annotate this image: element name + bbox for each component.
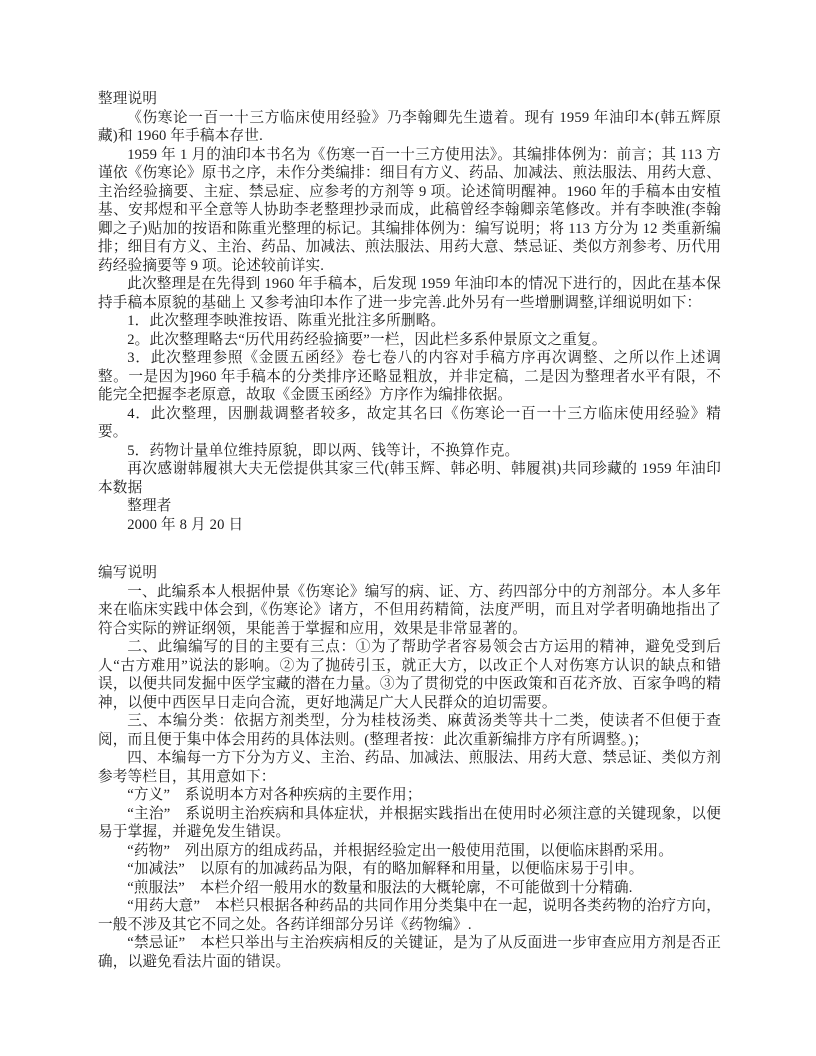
paragraph: 此次整理是在先得到 1960 年手稿本，后发现 1959 年油印本的情况下进行的… <box>98 275 721 312</box>
section-heading: 整理说明 <box>98 90 721 109</box>
numbered-item: 1．此次整理李映淮按语、陈重光批注多所删略。 <box>98 312 721 331</box>
section-heading: 编写说明 <box>98 564 721 583</box>
document-page: 整理说明 《伤寒论一百一十三方临床使用经验》乃李翰卿先生遗着。现有 1959 年… <box>0 0 816 1056</box>
signature-line: 整理者 <box>98 497 721 516</box>
term-definition: “禁忌证” 本栏只举出与主治疾病相反的关键证，是为了从反面进一步审查应用方剂是否… <box>98 934 721 971</box>
numbered-item: 2。此次整理略去“历代用药经验摘要”一栏，因此栏多系仲景原文之重复。 <box>98 331 721 350</box>
numbered-item: 三、本编分类：依据方剂类型，分为桂枝汤类、麻黄汤类等共十二类，使读者不但便于查阅… <box>98 712 721 749</box>
date-line: 2000 年 8 月 20 日 <box>98 516 721 535</box>
paragraph: 《伤寒论一百一十三方临床使用经验》乃李翰卿先生遗着。现有 1959 年油印本(韩… <box>98 109 721 146</box>
paragraph: 再次感谢韩履祺大夫无偿提供其家三代(韩玉辉、韩必明、韩履祺)共同珍藏的 1959… <box>98 460 721 497</box>
numbered-item: 二、此编编写的目的主要有三点：①为了帮助学者容易领会古方运用的精神，避免受到后人… <box>98 638 721 712</box>
numbered-item: 四、本编每一方下分为方义、主治、药品、加减法、煎服法、用药大意、禁忌证、类似方剂… <box>98 749 721 786</box>
document-content: 整理说明 《伤寒论一百一十三方临床使用经验》乃李翰卿先生遗着。现有 1959 年… <box>98 90 721 971</box>
term-definition: “加减法” 以原有的加减药品为限，有的略加解释和用量，以便临床易于引申。 <box>98 860 721 879</box>
section-compilation-notes: 编写说明 一、此编系本人根据仲景《伤寒论》编写的病、证、方、药四部分中的方剂部分… <box>98 564 721 971</box>
numbered-item: 4．此次整理，因删裁调整者较多，故定其名曰《伤寒论一百一十三方临床使用经验》精要… <box>98 405 721 442</box>
numbered-item: 3．此次整理参照《金匮五函经》卷七卷八的内容对手稿方序再次调整、之所以作上述调整… <box>98 349 721 405</box>
term-definition: “主治” 系说明主治疾病和具体症状，并根据实践指出在使用时必须注意的关键现象，以… <box>98 805 721 842</box>
numbered-item: 5．药物计量单位维持原貌，即以两、钱等计，不换算作克。 <box>98 442 721 461</box>
term-definition: “用药大意” 本栏只根据各种药品的共同作用分类集中在一起，说明各类药物的治疗方向… <box>98 897 721 934</box>
section-organization-notes: 整理说明 《伤寒论一百一十三方临床使用经验》乃李翰卿先生遗着。现有 1959 年… <box>98 90 721 534</box>
numbered-item: 一、此编系本人根据仲景《伤寒论》编写的病、证、方、药四部分中的方剂部分。本人多年… <box>98 583 721 639</box>
term-definition: “药物” 列出原方的组成药品，并根据经验定出一般使用范围，以便临床斟酌采用。 <box>98 842 721 861</box>
term-definition: “煎服法” 本栏介绍一般用水的数量和服法的大概轮廓，不可能做到十分精确. <box>98 879 721 898</box>
paragraph: 1959 年 1 月的油印本书名为《伤寒一百一十三方使用法》。其编排体例为：前言… <box>98 146 721 276</box>
term-definition: “方义” 系说明本方对各种疾病的主要作用； <box>98 786 721 805</box>
